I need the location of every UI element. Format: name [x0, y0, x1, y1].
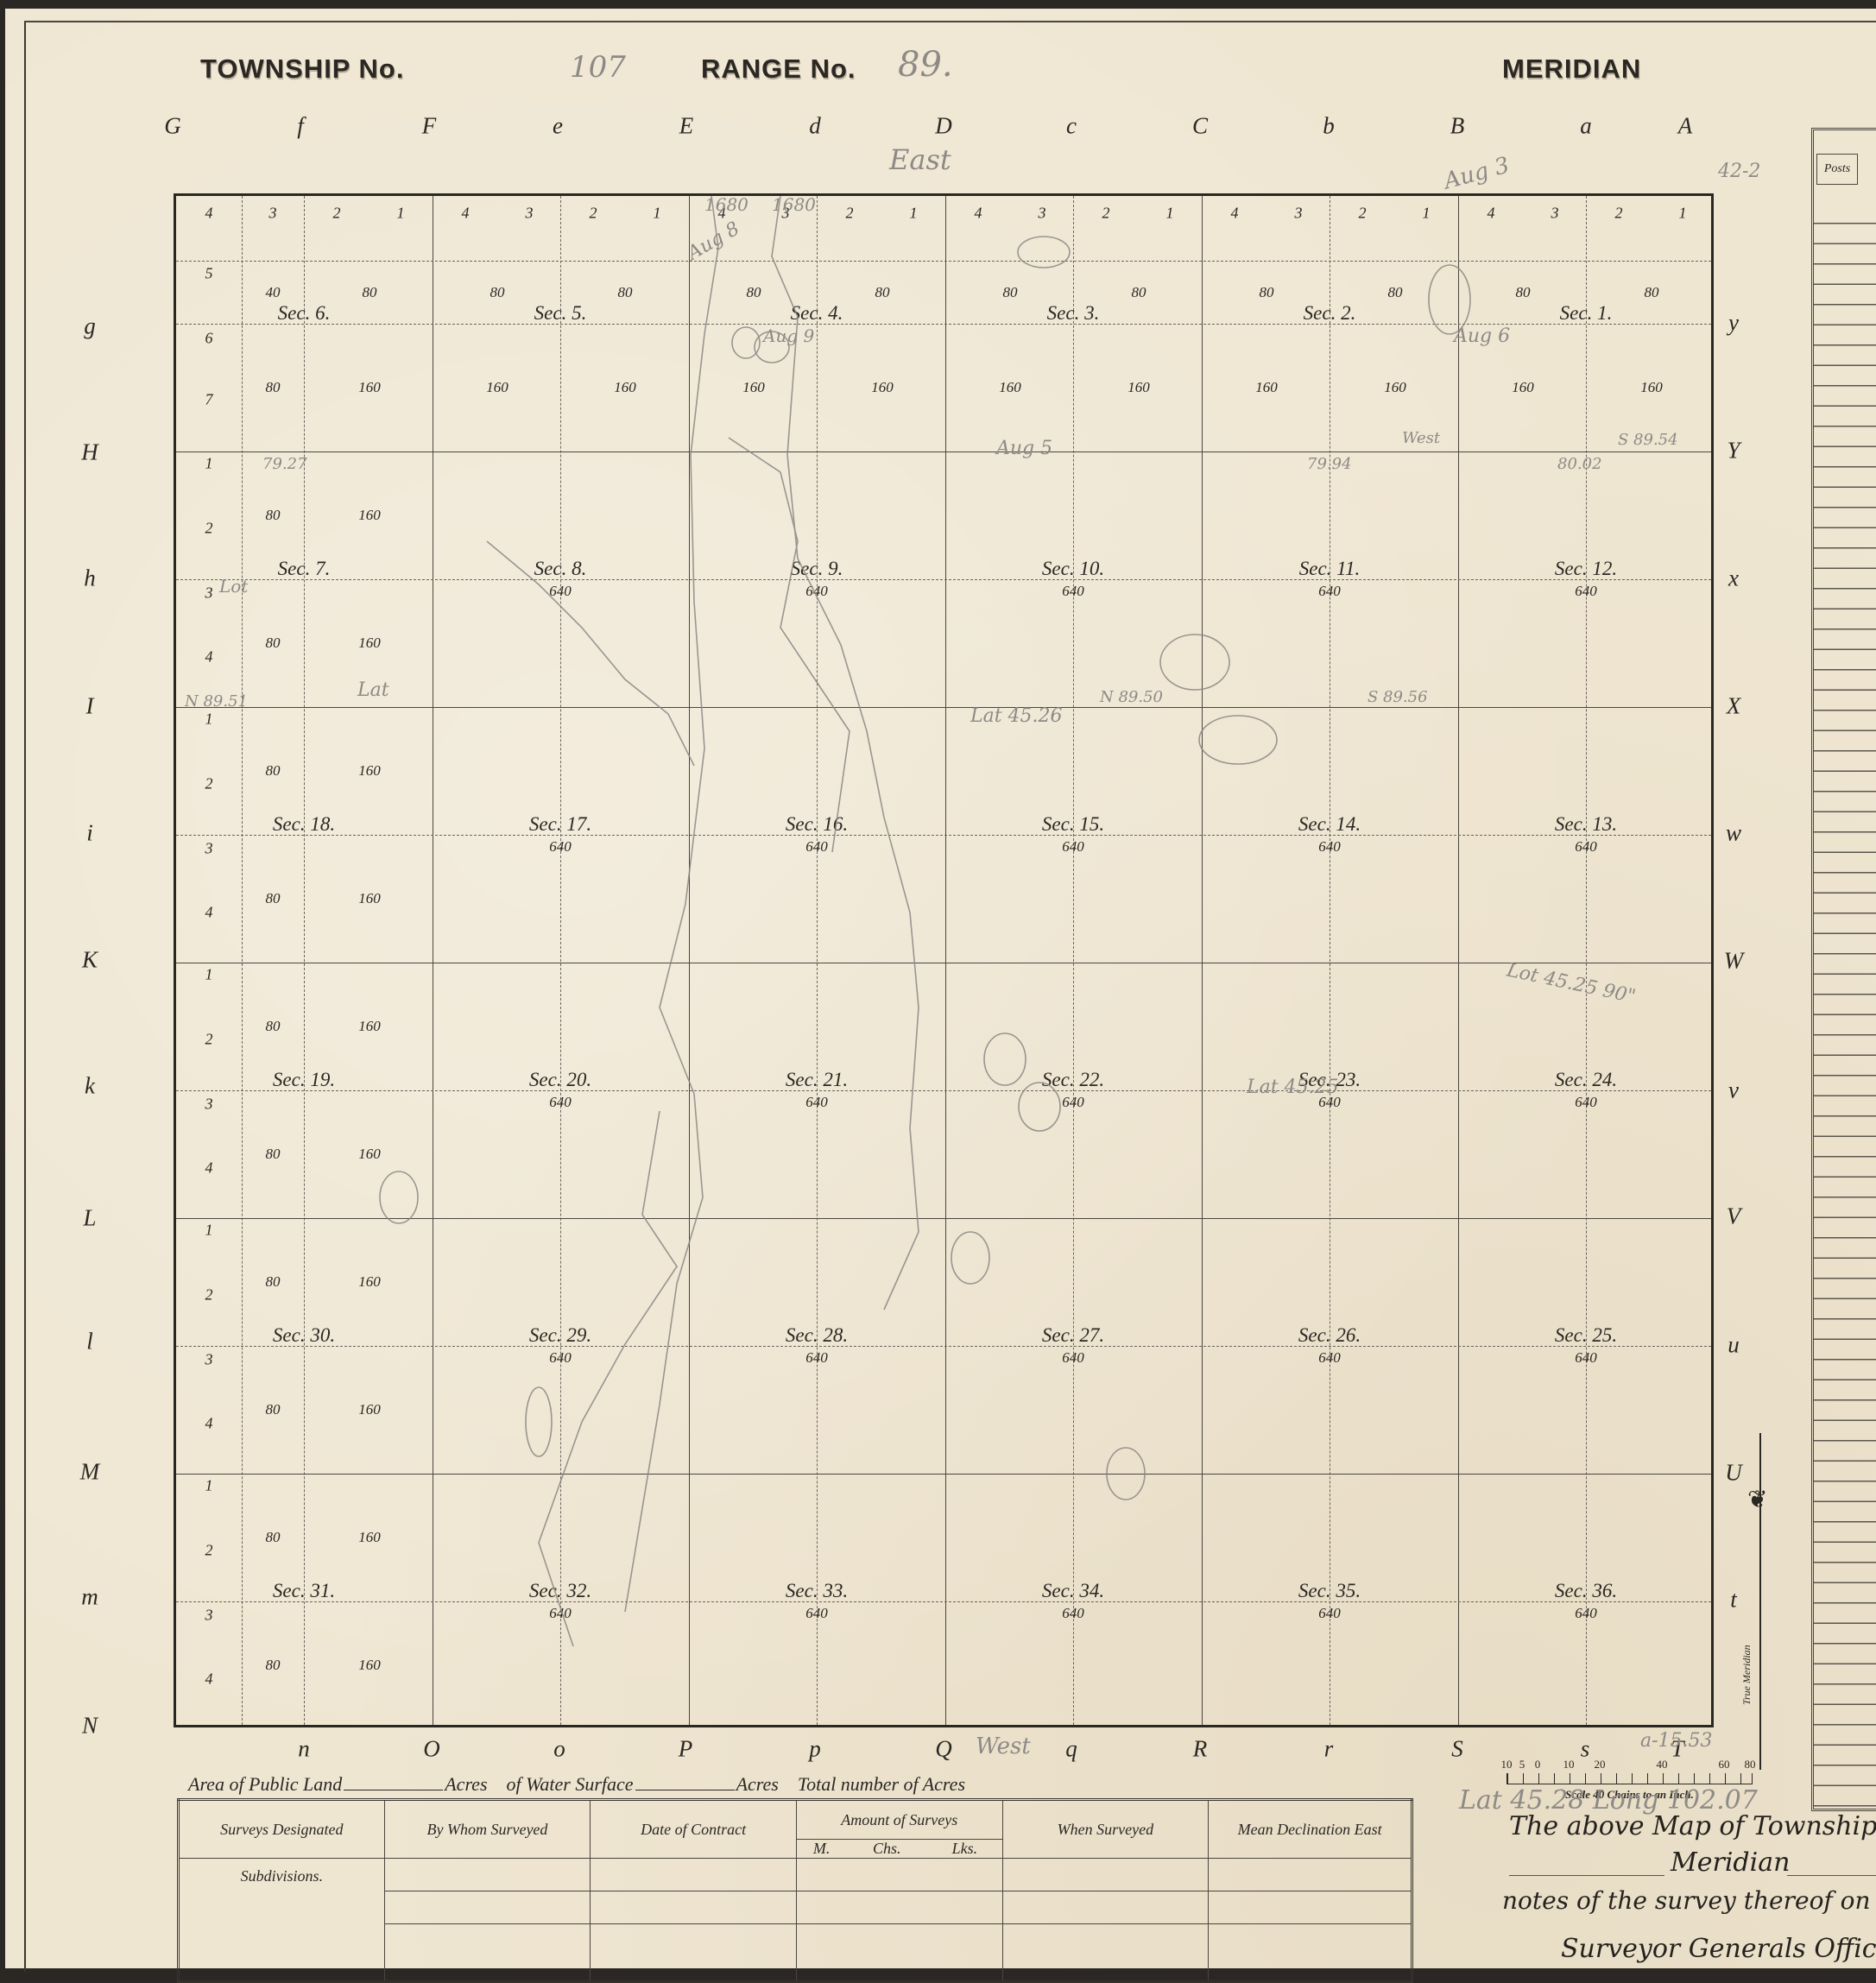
pencil-note: West [1402, 429, 1440, 447]
public-land-blank [344, 1790, 443, 1790]
table-cell [591, 1891, 797, 1924]
top-letter: D [935, 113, 952, 140]
top-letter: F [422, 113, 437, 140]
bottom-letter: P [679, 1736, 693, 1763]
table-cell [1209, 1924, 1412, 1982]
pencil-note: 79.27 [262, 455, 307, 473]
bottom-letter: S [1451, 1736, 1463, 1763]
right-letter: X [1727, 693, 1741, 720]
top-letter: e [553, 113, 563, 140]
right-letter: y [1728, 310, 1739, 337]
range-label: RANGE No. [701, 54, 856, 85]
bottom-letter: q [1065, 1736, 1077, 1763]
left-letter: h [84, 565, 96, 592]
table-cell [1002, 1891, 1209, 1924]
header-by-whom-surveyed: By Whom Surveyed [384, 1800, 591, 1859]
header-surveys-designated: Surveys Designated [179, 1800, 385, 1859]
right-letter: V [1727, 1203, 1741, 1230]
left-letter: i [86, 820, 93, 847]
top-letter: d [809, 113, 821, 140]
left-letter: K [82, 947, 98, 974]
public-land-label: Area of Public Land [188, 1773, 342, 1795]
right-letter: W [1724, 948, 1744, 975]
top-letter: C [1192, 113, 1208, 140]
pencil-sketch-overlay [176, 196, 1716, 1730]
pencil-note: 80.02 [1557, 455, 1602, 473]
acres-label: Acres [736, 1773, 779, 1795]
scale-note: a-15.53 [1640, 1730, 1713, 1752]
area-summary-line: Area of Public LandAcres of Water Surfac… [188, 1773, 965, 1796]
pencil-note: 79.94 [1307, 455, 1352, 473]
pencil-note: S 89.54 [1618, 431, 1678, 449]
table-cell [796, 1891, 1002, 1924]
true-meridian-label: True Meridian [1740, 1645, 1753, 1705]
right-note: 42-2 [1718, 161, 1760, 182]
header-links: Lks. [927, 1840, 1002, 1859]
scale-tick: 10 [1501, 1758, 1513, 1771]
table-cell [384, 1924, 591, 1982]
true-meridian-line [1759, 1433, 1761, 1770]
right-letter: w [1726, 820, 1741, 847]
bottom-letter: Q [935, 1736, 952, 1763]
scale-tick: 20 [1595, 1758, 1606, 1771]
acres-label: Acres [445, 1773, 487, 1795]
header-mean-declination: Mean Declination East [1209, 1800, 1412, 1859]
pencil-note: 1680 [772, 194, 816, 215]
sheet-top-border [24, 21, 1876, 22]
top-note-east: East [889, 143, 951, 176]
table-cell [384, 1859, 591, 1891]
bottom-note-west: West [976, 1734, 1031, 1759]
top-letter: B [1450, 113, 1465, 140]
left-letter: l [86, 1329, 93, 1355]
pencil-note: N 89.51 [185, 692, 248, 710]
scale-tick: 10 [1563, 1758, 1575, 1771]
scale-tick: 60 [1719, 1758, 1730, 1771]
right-letter: u [1728, 1332, 1740, 1359]
left-letter: I [86, 693, 94, 720]
top-letter: a [1580, 113, 1592, 140]
left-letter: L [83, 1205, 96, 1232]
pencil-note: Aug 6 [1454, 325, 1510, 347]
total-acres-label: Total number of Acres [798, 1773, 965, 1795]
top-letter: E [679, 113, 694, 140]
left-letter: g [84, 313, 96, 340]
right-letter: x [1728, 565, 1739, 592]
water-surface-label: of Water Surface [507, 1773, 634, 1795]
pencil-note: Aug 5 [996, 438, 1052, 459]
pencil-note: S 89.56 [1368, 688, 1428, 706]
scale-tick: 40 [1657, 1758, 1668, 1771]
header-date-of-contract: Date of Contract [591, 1800, 797, 1859]
township-label: TOWNSHIP No. [200, 54, 404, 85]
left-letter: H [81, 439, 98, 466]
meridian-label: MERIDIAN [1502, 54, 1641, 85]
survey-record-table: Surveys Designated By Whom Surveyed Date… [177, 1798, 1413, 1983]
scale-tick: 0 [1535, 1758, 1541, 1771]
signature-blank [1509, 1875, 1664, 1876]
pencil-note: Lat [357, 679, 389, 701]
certificate-line-4: Surveyor Generals Office [1561, 1934, 1876, 1964]
top-letter: A [1678, 113, 1693, 140]
pencil-note: Lat 45.25 [1247, 1077, 1339, 1098]
right-letter: Y [1727, 438, 1740, 464]
table-cell [1002, 1859, 1209, 1891]
scale-ruler [1506, 1773, 1753, 1784]
scale-tick: 80 [1745, 1758, 1756, 1771]
top-letter: b [1323, 113, 1335, 140]
left-letter: k [85, 1073, 95, 1100]
township-grid: 4 3 2 1 4 3 2 1 4 3 2 1 4 3 2 1 4 3 2 1 … [174, 193, 1714, 1727]
scale-tick: 5 [1519, 1758, 1525, 1771]
signature-blank [1787, 1875, 1876, 1876]
pencil-note: 1680 [704, 194, 749, 215]
right-letter: t [1730, 1587, 1737, 1614]
table-cell [1209, 1891, 1412, 1924]
certificate-line-3: notes of the survey thereof on file in [1502, 1886, 1876, 1915]
row-subdivisions: Subdivisions. [179, 1859, 385, 1982]
left-letter: m [81, 1584, 98, 1611]
right-letter: U [1725, 1460, 1742, 1487]
sheet-left-border [24, 21, 26, 1972]
table-cell [1209, 1859, 1412, 1891]
table-cell [384, 1891, 591, 1924]
top-letter: f [297, 113, 304, 140]
header-when-surveyed: When Surveyed [1002, 1800, 1209, 1859]
bottom-letter: o [553, 1736, 565, 1763]
pencil-note: N 89.50 [1100, 688, 1163, 706]
header-chains: Chs. [846, 1840, 927, 1859]
pencil-note: Lot [219, 576, 248, 597]
table-cell [796, 1859, 1002, 1891]
header-miles: M. [796, 1840, 846, 1859]
header-amount-of-surveys: Amount of Surveys [796, 1800, 1002, 1840]
bottom-letter: O [423, 1736, 440, 1763]
table-cell [591, 1859, 797, 1891]
range-value: 89. [898, 45, 953, 85]
table-cell [591, 1924, 797, 1982]
left-letter: N [82, 1713, 98, 1740]
bottom-letter: R [1193, 1736, 1208, 1763]
table-cell [796, 1924, 1002, 1982]
water-surface-blank [635, 1790, 735, 1790]
scale-tick-labels: 10 5 0 10 20 40 60 80 [1506, 1758, 1753, 1773]
certificate-line-1: The above Map of Township No. [1509, 1811, 1876, 1841]
meridian-arrow-icon: ❦ [1747, 1485, 1767, 1514]
right-letter: v [1728, 1077, 1739, 1104]
top-letter: c [1066, 113, 1077, 140]
posts-table [1811, 128, 1876, 1811]
bottom-letter: n [298, 1736, 310, 1763]
bottom-letter: r [1324, 1736, 1334, 1763]
township-value: 107 [570, 50, 626, 85]
posts-header: Posts [1816, 154, 1858, 185]
certificate-line-2: Meridian [1671, 1847, 1790, 1878]
table-cell [1002, 1924, 1209, 1982]
left-letter: M [80, 1459, 100, 1486]
top-letter: G [164, 113, 181, 140]
pencil-note: Lat 45.26 [970, 705, 1063, 727]
pencil-note: Aug 9 [763, 325, 814, 346]
bottom-letter: p [809, 1736, 821, 1763]
